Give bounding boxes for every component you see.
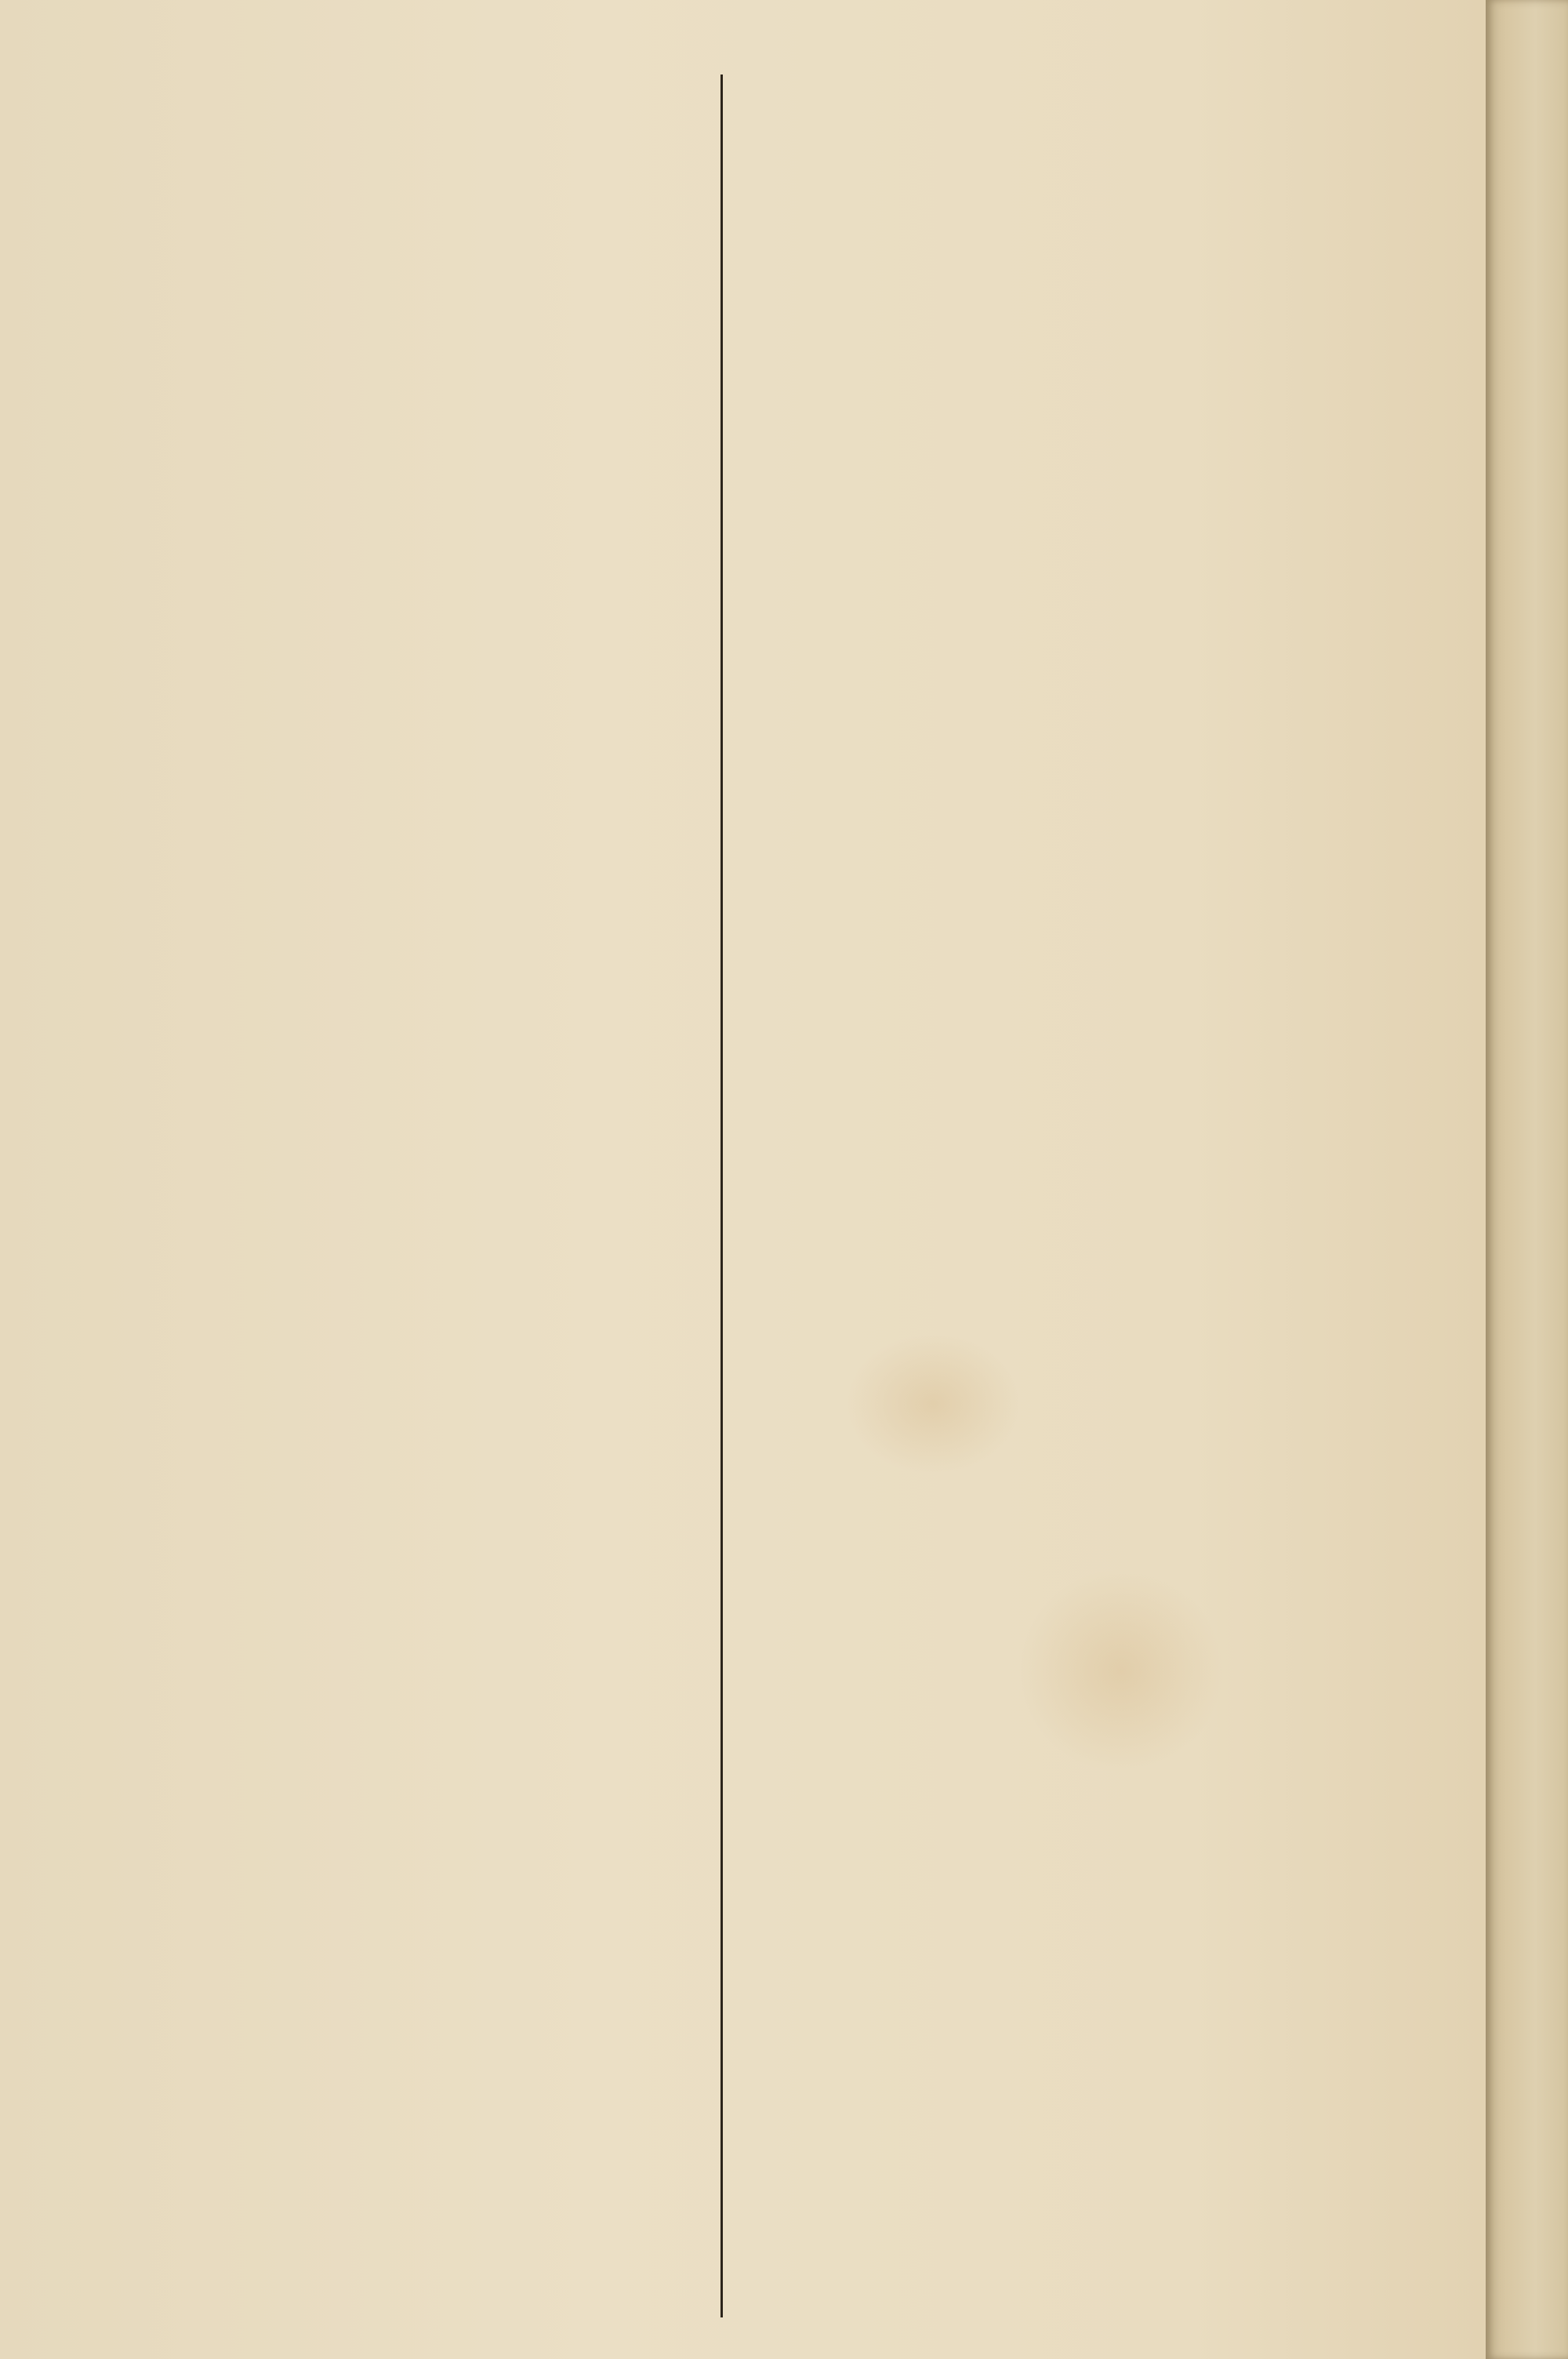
paper-stain <box>847 1333 1019 1474</box>
adjacent-page-edge <box>1486 0 1568 2359</box>
column-divider <box>720 75 723 2317</box>
book-page <box>0 0 1486 2359</box>
paper-stain <box>1019 1568 1223 1772</box>
